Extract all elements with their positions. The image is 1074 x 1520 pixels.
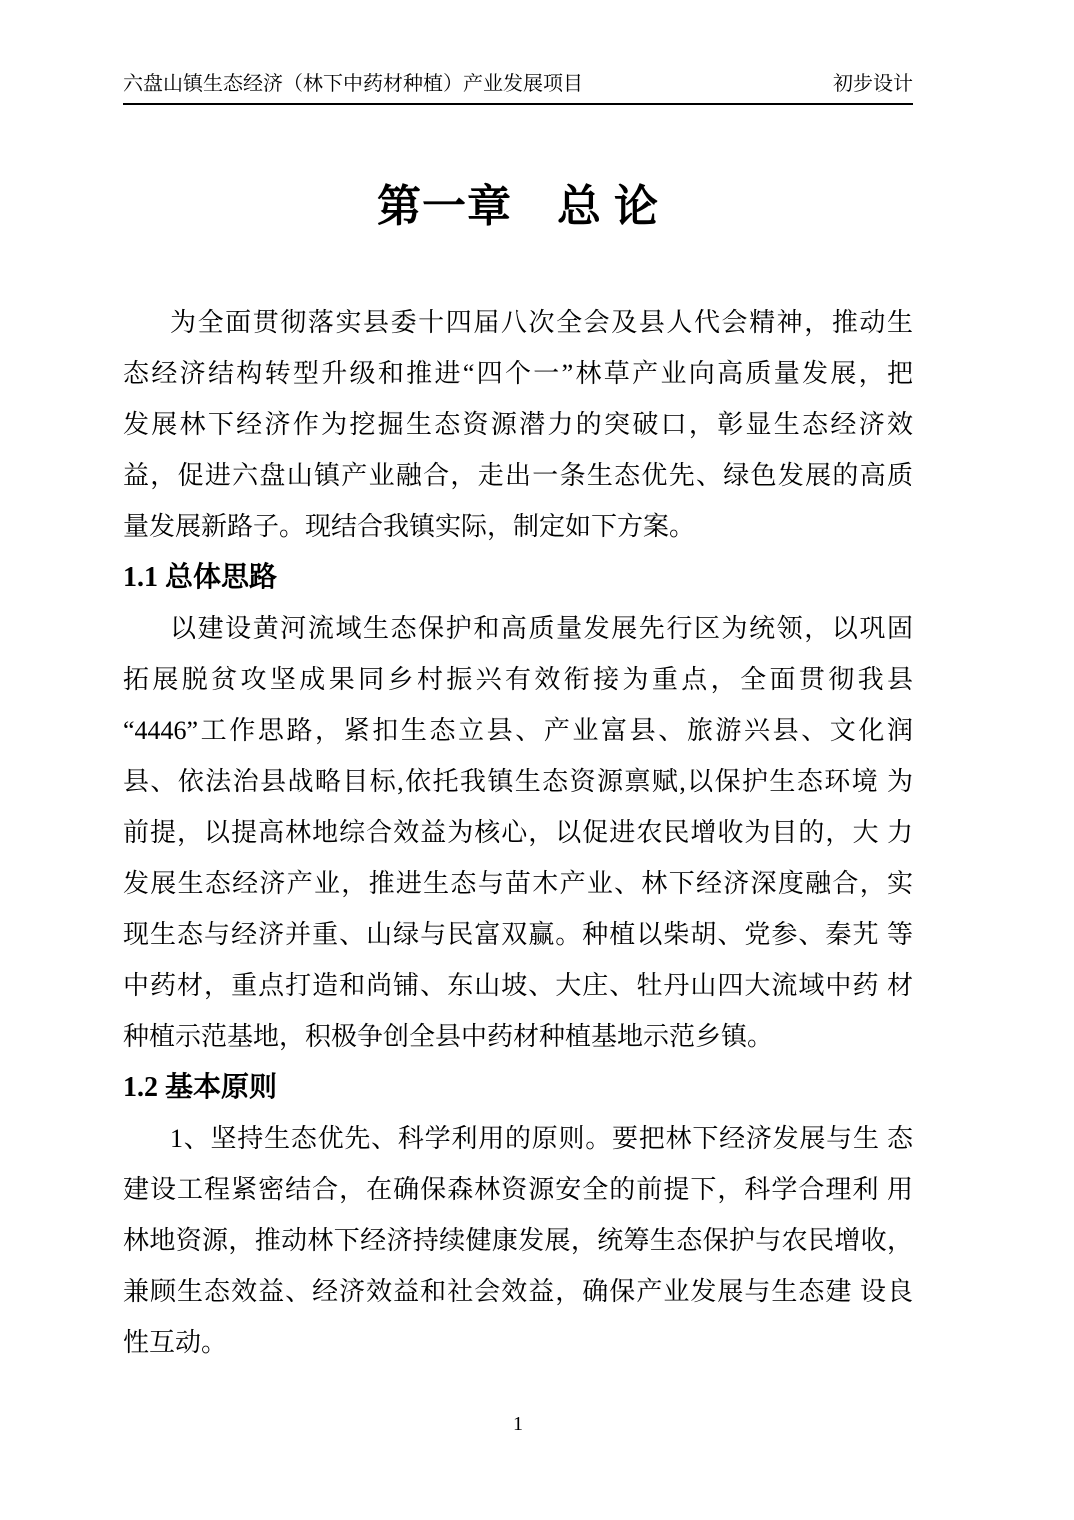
text-line: 种植示范基地，积极争创全县中药材种植基地示范乡镇。 xyxy=(123,1011,913,1062)
header-project-title: 六盘山镇生态经济（林下中药材种植）产业发展项目 xyxy=(123,70,583,98)
text-line: 性互动。 xyxy=(123,1317,913,1368)
text-line: 县、依法治县战略目标,依托我镇生态资源禀赋,以保护生态环境 为 xyxy=(123,756,913,807)
text-line: 益，促进六盘山镇产业融合，走出一条生态优先、绿色发展的高质 xyxy=(123,450,913,501)
page-number: 1 xyxy=(513,1413,523,1435)
text-line: 拓展脱贫攻坚成果同乡村振兴有效衔接为重点，全面贯彻我县 xyxy=(123,654,913,705)
text-line: 量发展新路子。现结合我镇实际，制定如下方案。 xyxy=(123,501,913,552)
page-footer: 1 xyxy=(123,1410,913,1438)
section-1-2-paragraph: 1、坚持生态优先、科学利用的原则。要把林下经济发展与生 态建设工程紧密结合，在确… xyxy=(123,1113,913,1368)
section-1-1-paragraph: 以建设黄河流域生态保护和高质量发展先行区为统领，以巩固拓展脱贫攻坚成果同乡村振兴… xyxy=(123,603,913,1062)
text-line: 现生态与经济并重、山绿与民富双赢。种植以柴胡、党参、秦艽 等 xyxy=(123,909,913,960)
text-line: 态经济结构转型升级和推进“四个一”林草产业向高质量发展，把 xyxy=(123,348,913,399)
document-page: 六盘山镇生态经济（林下中药材种植）产业发展项目 初步设计 第一章 总 论 为全面… xyxy=(0,0,1074,1520)
text-line: 林地资源，推动林下经济持续健康发展，统筹生态保护与农民增收， xyxy=(123,1215,913,1266)
text-line: 前提，以提高林地综合效益为核心，以促进农民增收为目的，大 力 xyxy=(123,807,913,858)
text-line: 以建设黄河流域生态保护和高质量发展先行区为统领，以巩固 xyxy=(123,603,913,654)
section-heading-1-1: 1.1 总体思路 xyxy=(123,552,913,603)
page-header: 六盘山镇生态经济（林下中药材种植）产业发展项目 初步设计 xyxy=(123,70,913,105)
text-line: 为全面贯彻落实县委十四届八次全会及县人代会精神，推动生 xyxy=(123,297,913,348)
chapter-title: 第一章 总 论 xyxy=(123,177,913,237)
text-line: 中药材，重点打造和尚铺、东山坡、大庄、牡丹山四大流域中药 材 xyxy=(123,960,913,1011)
text-line: 建设工程紧密结合，在确保森林资源安全的前提下，科学合理利 用 xyxy=(123,1164,913,1215)
header-doc-type: 初步设计 xyxy=(833,70,913,98)
text-line: 发展生态经济产业，推进生态与苗木产业、林下经济深度融合，实 xyxy=(123,858,913,909)
text-line: “4446”工作思路，紧扣生态立县、产业富县、旅游兴县、文化润 xyxy=(123,705,913,756)
text-line: 1、坚持生态优先、科学利用的原则。要把林下经济发展与生 态 xyxy=(123,1113,913,1164)
intro-paragraph: 为全面贯彻落实县委十四届八次全会及县人代会精神，推动生态经济结构转型升级和推进“… xyxy=(123,297,913,552)
text-line: 兼顾生态效益、经济效益和社会效益，确保产业发展与生态建 设良 xyxy=(123,1266,913,1317)
text-line: 发展林下经济作为挖掘生态资源潜力的突破口，彰显生态经济效 xyxy=(123,399,913,450)
page-content: 六盘山镇生态经济（林下中药材种植）产业发展项目 初步设计 第一章 总 论 为全面… xyxy=(123,0,913,1438)
section-heading-1-2: 1.2 基本原则 xyxy=(123,1062,913,1113)
